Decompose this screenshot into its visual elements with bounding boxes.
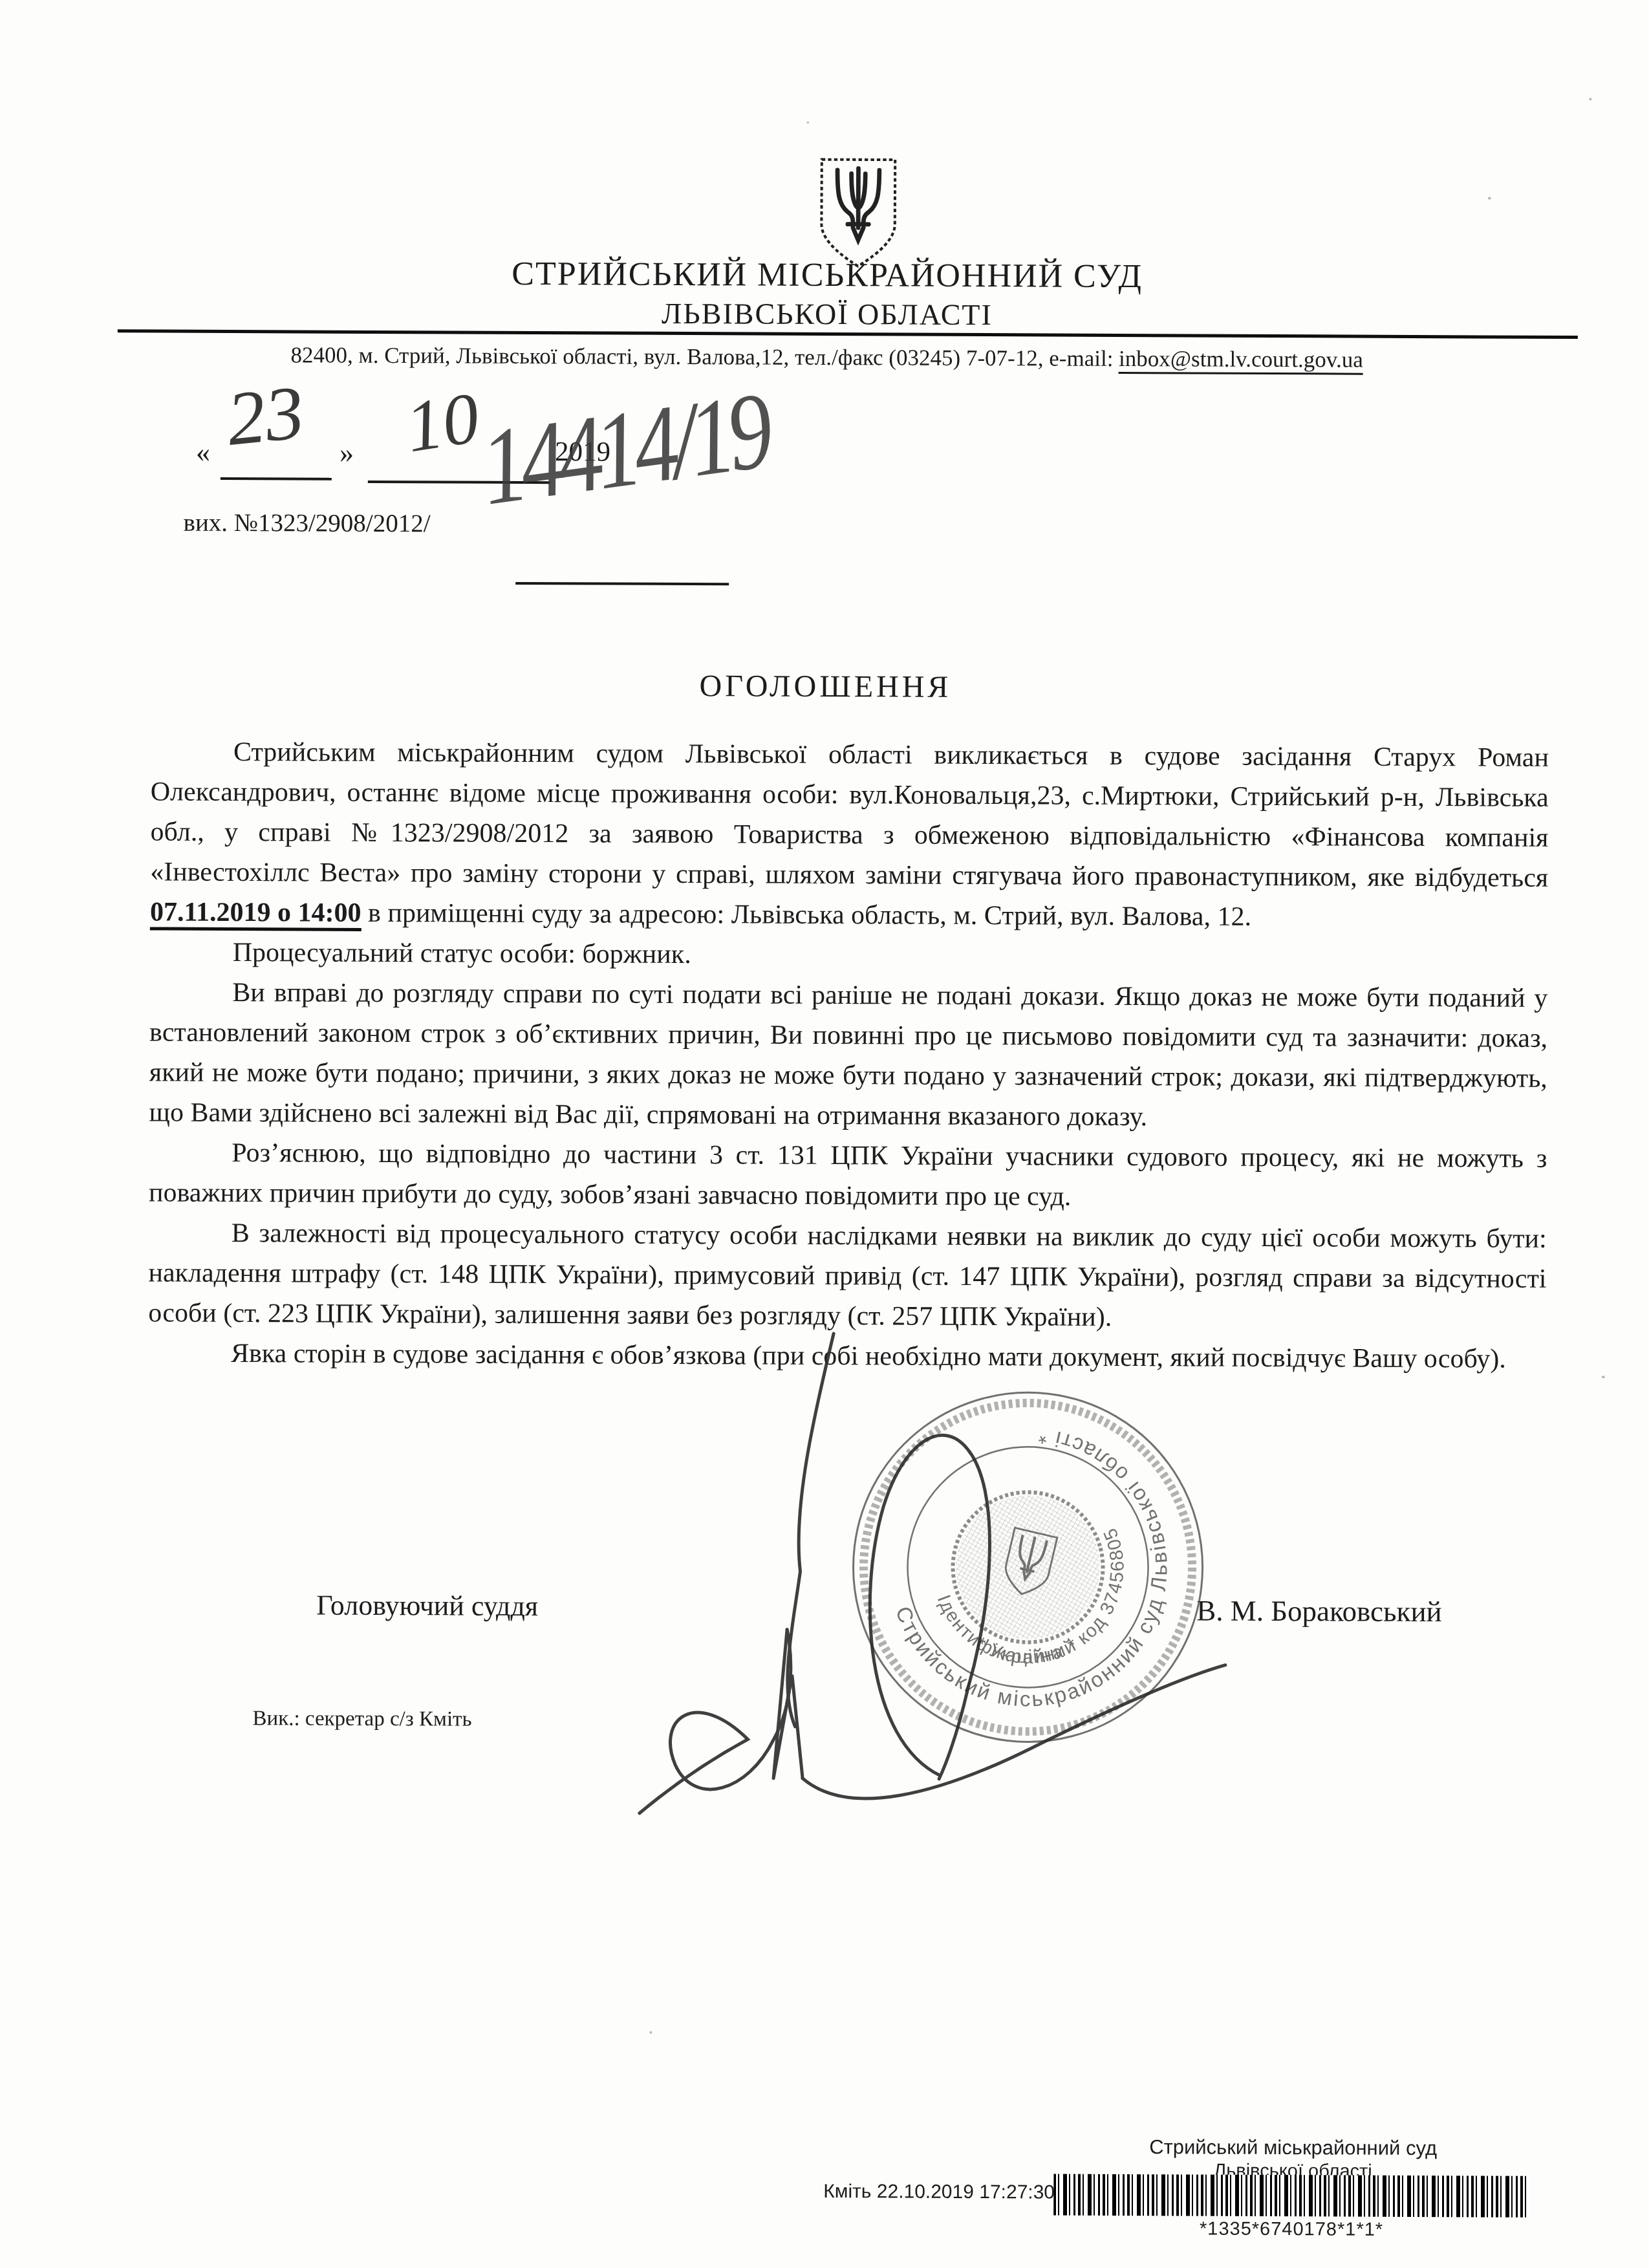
day-blank-line xyxy=(221,477,332,481)
scan-noise-speck xyxy=(1589,98,1591,100)
paragraph-evidence-rights: Ви вправі до розгляду справи по суті под… xyxy=(149,972,1547,1138)
close-quote: » xyxy=(339,437,354,470)
court-name-line2: ЛЬВІВСЬКОЇ ОБЛАСТІ xyxy=(3,293,1649,334)
paragraph-consequences: В залежності від процесуального статусу … xyxy=(148,1213,1547,1339)
paragraph-summons: Стрийським міськрайонним судом Львівсько… xyxy=(150,731,1549,938)
footer-registration-meta: Кміть 22.10.2019 17:27:30 xyxy=(823,2181,1055,2204)
footer-court-line1: Стрийський міськрайонний суд xyxy=(1055,2135,1531,2161)
paragraph-notify-court: Роз’яснюю, що відповідно до частини 3 ст… xyxy=(149,1132,1547,1218)
judge-signature xyxy=(578,1324,1259,1845)
court-name-line1: СТРИЙСЬКИЙ МІСЬКРАЙОННИЙ СУД xyxy=(3,252,1649,297)
court-address-line: 82400, м. Стрий, Львівської області, вул… xyxy=(3,341,1649,374)
barcode-value: *1335*6740178*1*1* xyxy=(1053,2218,1529,2241)
handwritten-day: 23 xyxy=(224,374,307,458)
document-barcode xyxy=(1053,2174,1529,2218)
court-email: inbox@stm.lv.court.gov.ua xyxy=(1119,346,1363,375)
judge-title-label: Головуючий суддя xyxy=(316,1589,538,1623)
ukraine-trident-emblem-icon xyxy=(814,155,902,271)
executor-label: Вик.: секретар с/з Кміть xyxy=(252,1707,471,1731)
hearing-datetime: 07.11.2019 о 14:00 xyxy=(150,897,361,931)
scan-noise-speck xyxy=(806,122,809,124)
summons-text-before: Стрийським міськрайонним судом Львівсько… xyxy=(150,737,1549,893)
address-text: 82400, м. Стрий, Львівської області, вул… xyxy=(291,342,1119,371)
scan-noise-speck xyxy=(649,2031,652,2034)
scanned-court-document: СТРИЙСЬКИЙ МІСЬКРАЙОННИЙ СУД ЛЬВІВСЬКОЇ … xyxy=(0,0,1649,2268)
scan-noise-speck xyxy=(1602,1376,1605,1378)
outgoing-number-label: вих. №1323/2908/2012/ xyxy=(183,508,430,539)
paragraph-status: Процесуальний статус особи: боржник. xyxy=(150,932,1548,978)
handwritten-outgoing-number: 14414/19 xyxy=(475,376,773,522)
document-body: Стрийським міськрайонним судом Львівсько… xyxy=(148,731,1549,1379)
scan-noise-speck xyxy=(1488,197,1491,199)
open-quote: « xyxy=(196,436,210,469)
summons-text-after: в приміщенні суду за адресою: Львівська … xyxy=(361,898,1252,932)
scan-content: СТРИЙСЬКИЙ МІСЬКРАЙОННИЙ СУД ЛЬВІВСЬКОЇ … xyxy=(0,0,1649,2268)
handwritten-month: 10 xyxy=(401,382,484,464)
number-blank-line xyxy=(515,582,729,585)
document-title: ОГОЛОШЕННЯ xyxy=(1,665,1649,707)
